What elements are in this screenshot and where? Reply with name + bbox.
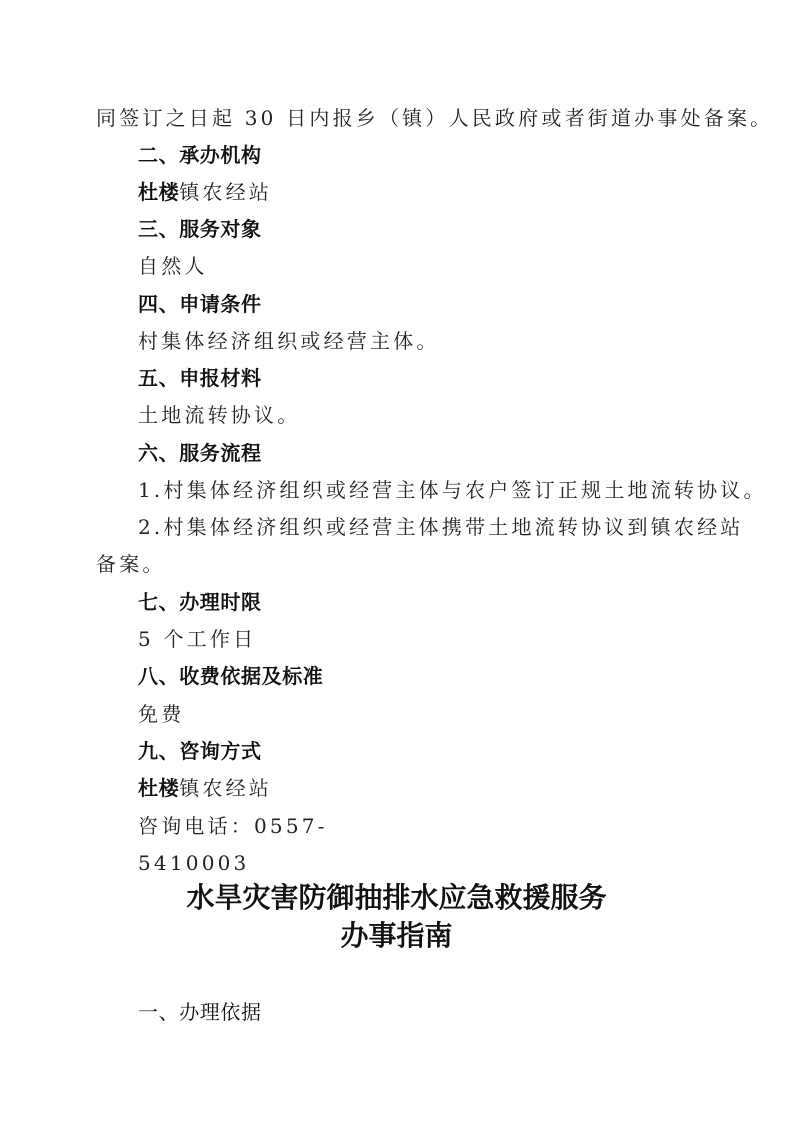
service-target-value: 自然人	[138, 252, 208, 280]
process-step-2-continued: 备案。	[96, 550, 166, 578]
conditions-value: 村集体经济组织或经营主体。	[138, 327, 440, 355]
document-page: 同签订之日起 30 日内报乡（镇）人民政府或者街道办事处备案。 二、承办机构 杜…	[0, 0, 793, 1122]
section-heading-organizer: 二、承办机构	[138, 141, 262, 169]
organizer-station: 镇农经站	[179, 180, 272, 204]
process-step-2: 2.村集体经济组织或经营主体携带土地流转协议到镇农经站	[138, 513, 743, 541]
process-step-1: 1.村集体经济组织或经营主体与农户签订正规土地流转协议。	[138, 476, 767, 504]
section-heading-basis: 一、办理依据	[138, 998, 262, 1026]
guide-title-line-1: 水旱灾害防御抽排水应急救援服务	[0, 880, 793, 916]
contact-phone-label: 咨询电话：0557-	[138, 812, 328, 840]
guide-title-line-2: 办事指南	[0, 918, 793, 954]
section-heading-materials: 五、申报材料	[138, 364, 262, 392]
section-heading-fees: 八、收费依据及标准	[138, 662, 323, 690]
organizer-town: 杜楼	[138, 180, 179, 204]
time-limit-value: 5 个工作日	[138, 625, 256, 653]
section-heading-conditions: 四、申请条件	[138, 290, 262, 318]
section-heading-time-limit: 七、办理时限	[138, 588, 262, 616]
contact-station: 镇农经站	[179, 776, 272, 800]
section-heading-service-target: 三、服务对象	[138, 215, 262, 243]
section-heading-contact: 九、咨询方式	[138, 737, 262, 765]
fees-value: 免费	[138, 700, 184, 728]
continuation-text: 同签订之日起 30 日内报乡（镇）人民政府或者街道办事处备案。	[96, 104, 773, 132]
contact-phone-number: 5410003	[138, 849, 249, 877]
organizer-value: 杜楼镇农经站	[138, 178, 272, 206]
section-heading-process: 六、服务流程	[138, 439, 262, 467]
contact-town: 杜楼	[138, 776, 179, 800]
materials-value: 土地流转协议。	[138, 401, 300, 429]
contact-office: 杜楼镇农经站	[138, 774, 272, 802]
